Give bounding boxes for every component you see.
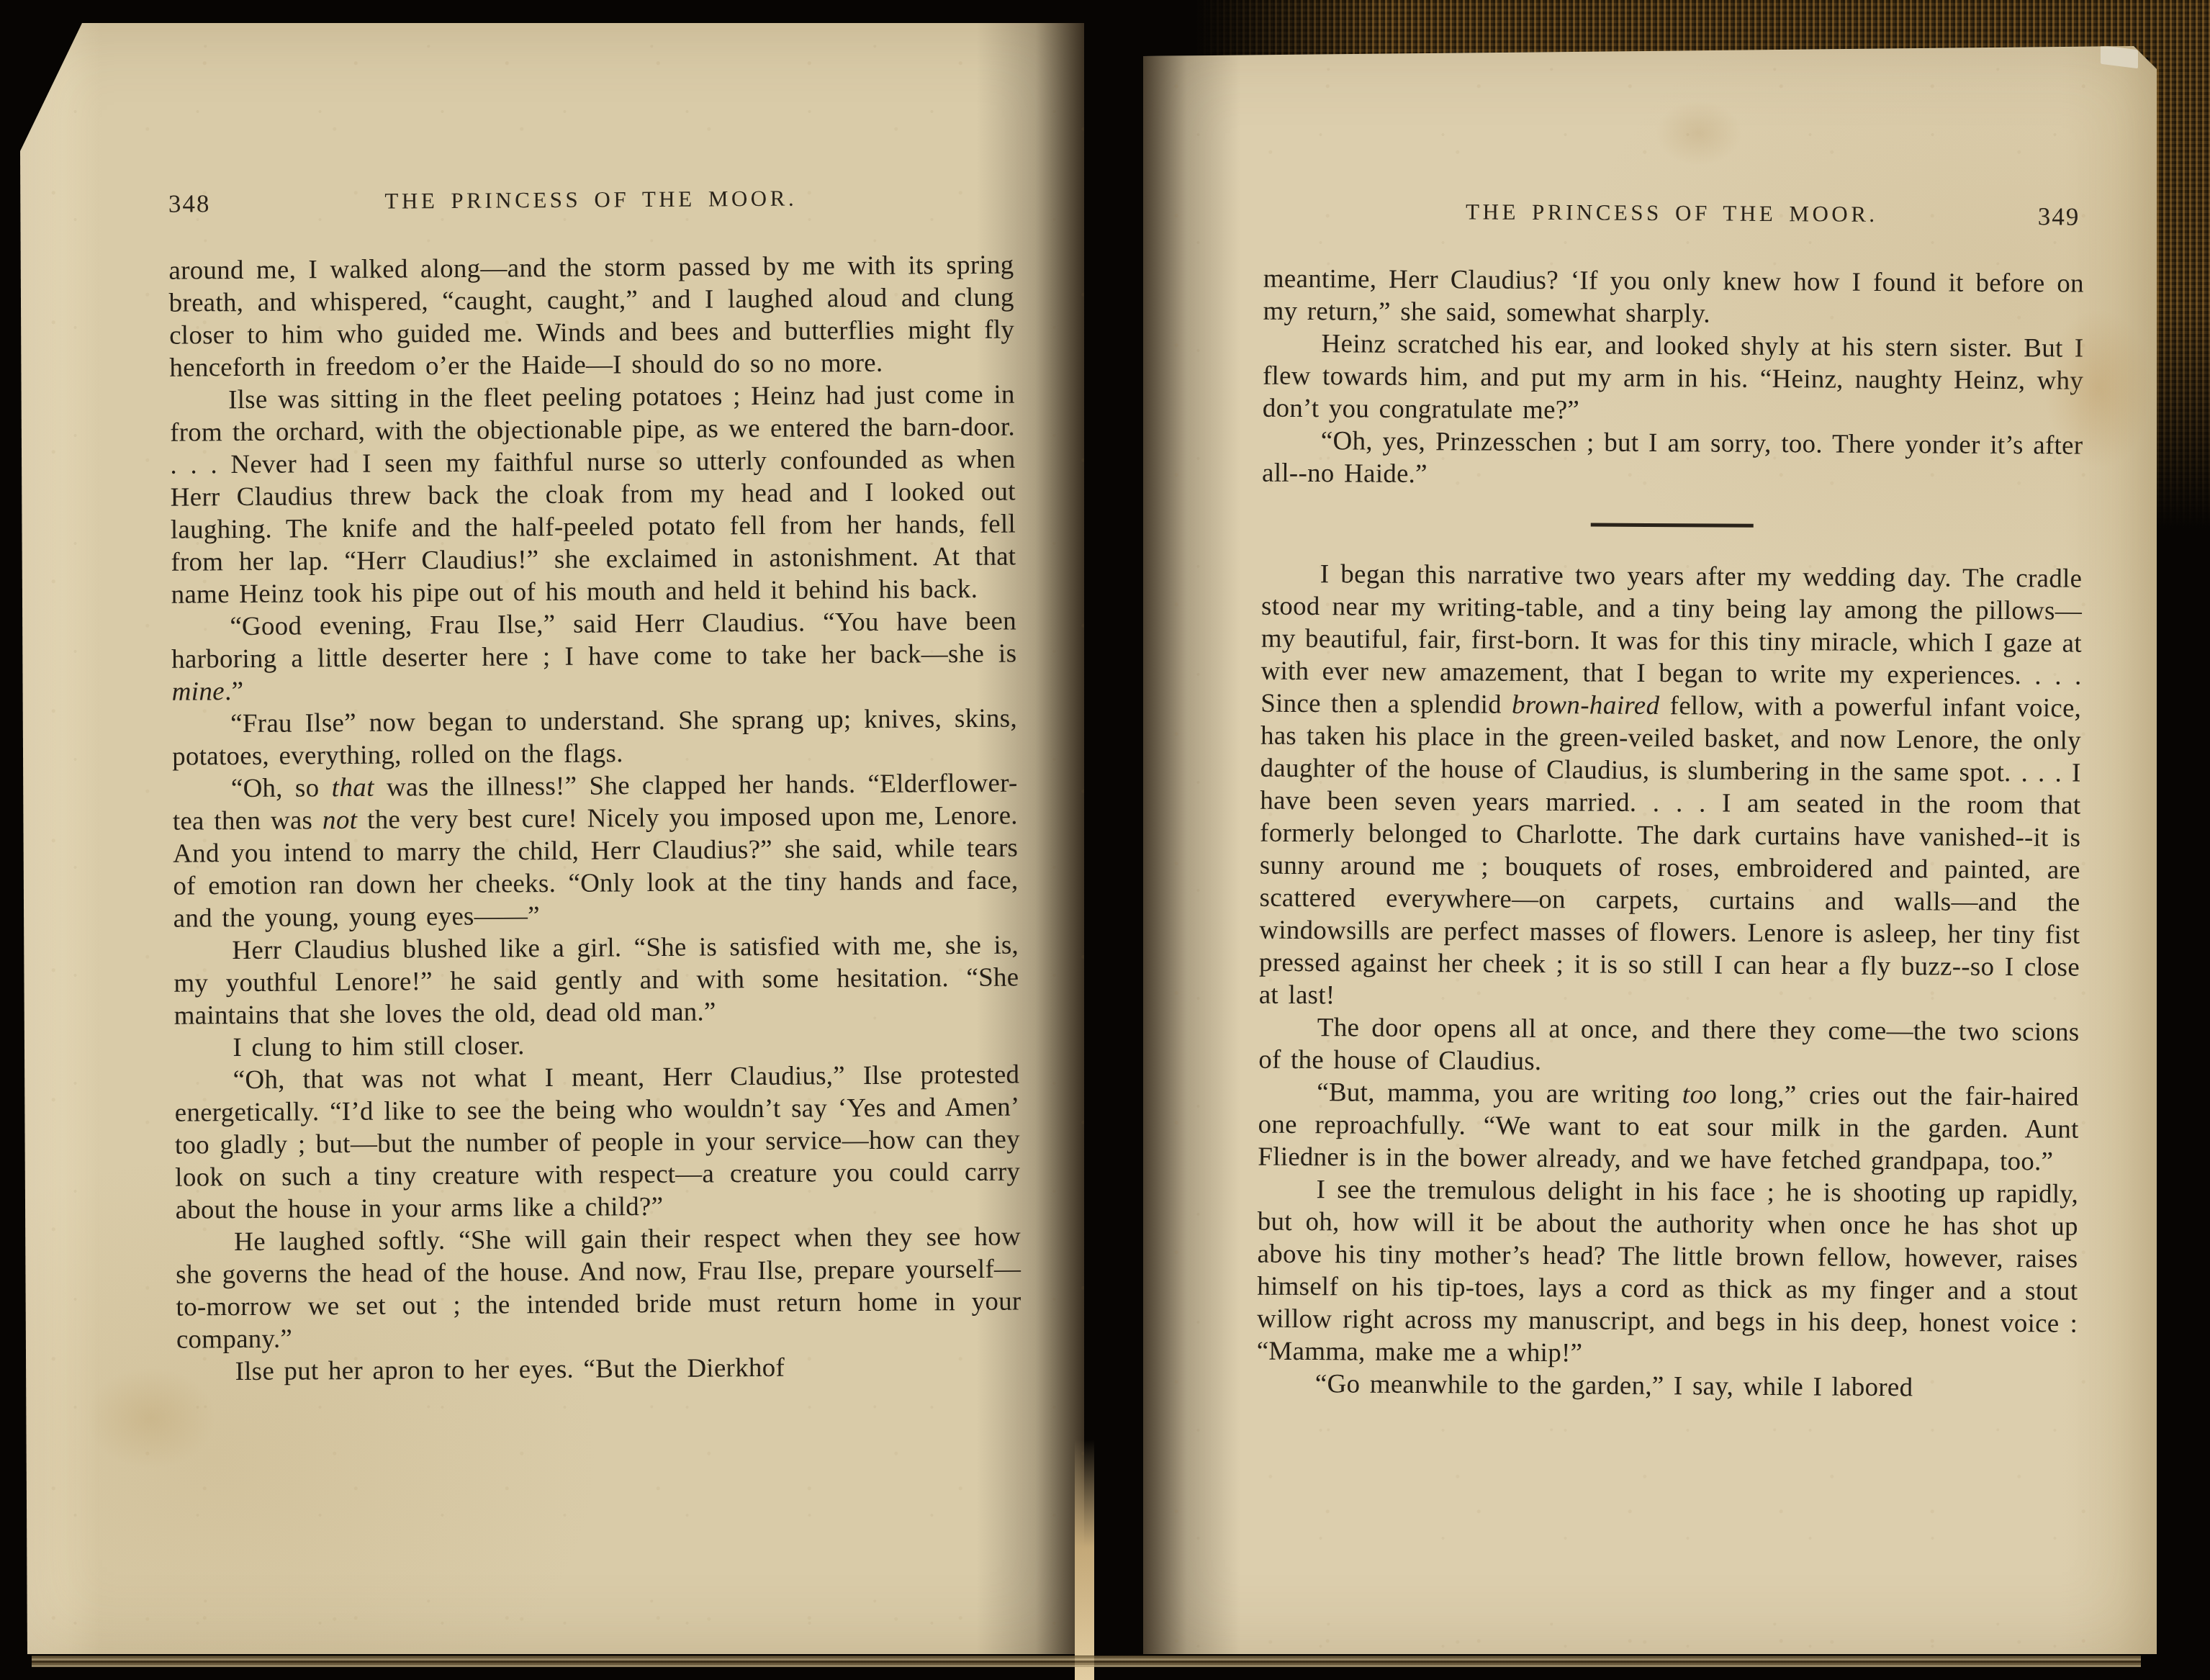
- paragraph: Ilse put her apron to her eyes. “But the…: [176, 1350, 1021, 1388]
- paragraph: “Go meanwhile to the garden,” I say, whi…: [1256, 1368, 2077, 1405]
- paragraph: The door opens all at once, and there th…: [1258, 1011, 2080, 1081]
- paragraph: “Oh, that was not what I meant, Herr Cla…: [174, 1058, 1021, 1226]
- paragraph: “Good evening, Frau Ilse,” said Herr Cla…: [171, 605, 1017, 708]
- page-number-right: 349: [2038, 202, 2080, 231]
- paragraph: meantime, Herr Claudius? ‘If you only kn…: [1263, 263, 2084, 333]
- page-text-right: meantime, Herr Claudius? ‘If you only kn…: [1256, 263, 2084, 1405]
- paragraph: “Frau Ilse” now began to understand. She…: [172, 702, 1018, 772]
- running-head-left: THE PRINCESS OF THE MOOR.: [168, 184, 1014, 216]
- paragraph: He laughed softly. “She will gain their …: [176, 1220, 1021, 1355]
- page-header-right: 349 THE PRINCESS OF THE MOOR.: [1263, 198, 2080, 229]
- paragraph: “But, mamma, you are writing too long,” …: [1258, 1076, 2079, 1178]
- paragraph: Heinz scratched his ear, and looked shyl…: [1263, 328, 2084, 430]
- page-bottom-edges: [32, 1656, 2141, 1667]
- running-head-right: THE PRINCESS OF THE MOOR.: [1263, 198, 2080, 229]
- paragraph: “Oh, so that was the illness!” She clapp…: [172, 767, 1019, 934]
- page-header-left: 348 THE PRINCESS OF THE MOOR.: [168, 184, 1014, 216]
- cloth-fade: [2148, 302, 2210, 547]
- page-number-left: 348: [168, 189, 211, 218]
- paragraph: Ilse was sitting in the fleet peeling po…: [170, 378, 1016, 610]
- section-divider: [1591, 523, 1754, 527]
- book-page-right: 349 THE PRINCESS OF THE MOOR. meantime, …: [1143, 46, 2157, 1654]
- paragraph: Herr Claudius blushed like a girl. “She …: [173, 929, 1019, 1031]
- paragraph: I began this narrative two years after m…: [1259, 558, 2083, 1016]
- book-page-left: 348 THE PRINCESS OF THE MOOR. around me,…: [20, 23, 1084, 1654]
- page-text-left: around me, I walked along—and the storm …: [168, 249, 1021, 1388]
- paragraph: I clung to him still closer.: [174, 1026, 1019, 1064]
- paragraph: I see the tremulous delight in his face …: [1257, 1173, 2079, 1373]
- cloth-fade: [1195, 0, 1382, 58]
- paragraph: “Oh, yes, Prinzesschen ; but I am sorry,…: [1262, 425, 2083, 494]
- book-spread-photo: 348 THE PRINCESS OF THE MOOR. around me,…: [0, 0, 2210, 1680]
- binding-fold: [1075, 1440, 1094, 1680]
- paragraph: around me, I walked along—and the storm …: [168, 249, 1014, 384]
